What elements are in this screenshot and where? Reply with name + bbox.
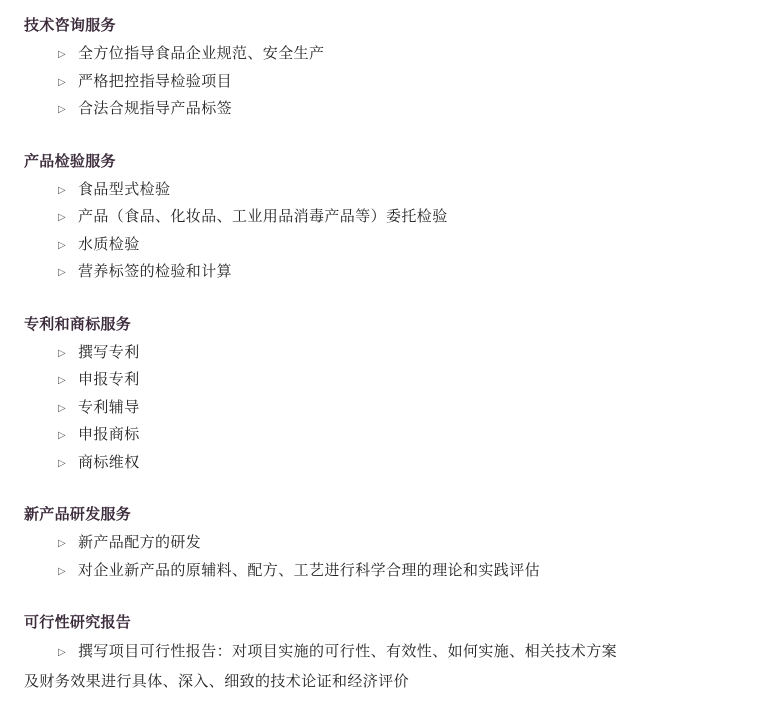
list-item: ▷新产品配方的研发 [24,529,754,557]
item-list: ▷撰写专利 ▷申报专利 ▷专利辅导 ▷申报商标 ▷商标维权 [24,339,754,477]
services-document: 技术咨询服务 ▷全方位指导食品企业规范、安全生产 ▷严格把控指导检验项目 ▷合法… [0,0,754,695]
triangle-bullet-icon: ▷ [58,232,78,260]
section-title: 技术咨询服务 [24,14,754,36]
section-feasibility-report: 可行性研究报告 ▷撰写项目可行性报告：对项目实施的可行性、有效性、如何实施、相关… [24,611,754,695]
triangle-bullet-icon: ▷ [58,558,78,586]
section-tech-consulting: 技术咨询服务 ▷全方位指导食品企业规范、安全生产 ▷严格把控指导检验项目 ▷合法… [24,14,754,123]
triangle-bullet-icon: ▷ [58,395,78,423]
section-title: 专利和商标服务 [24,313,754,335]
triangle-bullet-icon: ▷ [58,530,78,558]
item-list: ▷全方位指导食品企业规范、安全生产 ▷严格把控指导检验项目 ▷合法合规指导产品标… [24,40,754,123]
item-list: ▷新产品配方的研发 ▷对企业新产品的原辅料、配方、工艺进行科学合理的理论和实践评… [24,529,754,584]
list-item: ▷水质检验 [24,231,754,259]
triangle-bullet-icon: ▷ [58,340,78,368]
item-list: ▷食品型式检验 ▷产品（食品、化妆品、工业用品消毒产品等）委托检验 ▷水质检验 … [24,176,754,286]
list-item: ▷营养标签的检验和计算 [24,258,754,286]
list-item: ▷严格把控指导检验项目 [24,68,754,96]
triangle-bullet-icon: ▷ [58,259,78,287]
list-item: ▷撰写专利 [24,339,754,367]
list-item: ▷申报专利 [24,366,754,394]
list-item: ▷产品（食品、化妆品、工业用品消毒产品等）委托检验 [24,203,754,231]
list-item: ▷专利辅导 [24,394,754,422]
list-item: ▷申报商标 [24,421,754,449]
list-item: ▷商标维权 [24,449,754,477]
triangle-bullet-icon: ▷ [58,96,78,124]
triangle-bullet-icon: ▷ [58,367,78,395]
list-item: ▷食品型式检验 [24,176,754,204]
list-item: ▷合法合规指导产品标签 [24,95,754,123]
triangle-bullet-icon: ▷ [58,639,78,667]
triangle-bullet-icon: ▷ [58,177,78,205]
triangle-bullet-icon: ▷ [58,41,78,69]
triangle-bullet-icon: ▷ [58,450,78,478]
section-product-inspection: 产品检验服务 ▷食品型式检验 ▷产品（食品、化妆品、工业用品消毒产品等）委托检验… [24,150,754,286]
triangle-bullet-icon: ▷ [58,69,78,97]
triangle-bullet-icon: ▷ [58,422,78,450]
section-patent-trademark: 专利和商标服务 ▷撰写专利 ▷申报专利 ▷专利辅导 ▷申报商标 ▷商标维权 [24,313,754,477]
list-item: ▷对企业新产品的原辅料、配方、工艺进行科学合理的理论和实践评估 [24,557,754,585]
list-item: ▷全方位指导食品企业规范、安全生产 [24,40,754,68]
section-new-product-rnd: 新产品研发服务 ▷新产品配方的研发 ▷对企业新产品的原辅料、配方、工艺进行科学合… [24,503,754,584]
section-title: 新产品研发服务 [24,503,754,525]
item-list: ▷撰写项目可行性报告：对项目实施的可行性、有效性、如何实施、相关技术方案及财务效… [24,637,754,695]
triangle-bullet-icon: ▷ [58,204,78,232]
section-title: 可行性研究报告 [24,611,754,633]
section-title: 产品检验服务 [24,150,754,172]
list-item: ▷撰写项目可行性报告：对项目实施的可行性、有效性、如何实施、相关技术方案及财务效… [24,637,624,695]
